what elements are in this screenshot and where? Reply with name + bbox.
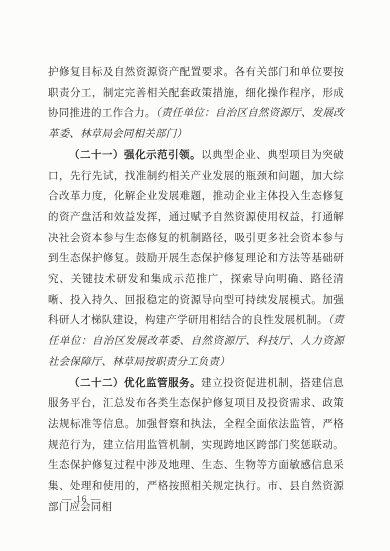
body-text: 建立投资促进机制，搭建信息服务平台，汇总发布各类生态保护修复项目及投资需求、政策…: [48, 378, 344, 513]
section-heading: （二十二）优化监管服务。: [69, 378, 201, 389]
document-page: 护修复目标及自然资源资产配置要求。各有关部门和单位要按职责分工，制定完善相关配套…: [0, 0, 390, 551]
section-heading: （二十一）强化示范引领。: [69, 150, 201, 161]
document-body: 护修复目标及自然资源资产配置要求。各有关部门和单位要按职责分工，制定完善相关配套…: [48, 63, 344, 518]
page-number: — 16 —: [62, 495, 101, 505]
body-text: 以典型企业、典型项目为突破口，先行先试，找准制约相关产业发展的瓶颈和问题，加大综…: [48, 150, 344, 327]
paragraph-continuation: 护修复目标及自然资源资产配置要求。各有关部门和单位要按职责分工，制定完善相关配套…: [48, 63, 344, 146]
paragraph-section-21: （二十一）强化示范引领。以典型企业、典型项目为突破口，先行先试，找准制约相关产业…: [48, 146, 344, 374]
